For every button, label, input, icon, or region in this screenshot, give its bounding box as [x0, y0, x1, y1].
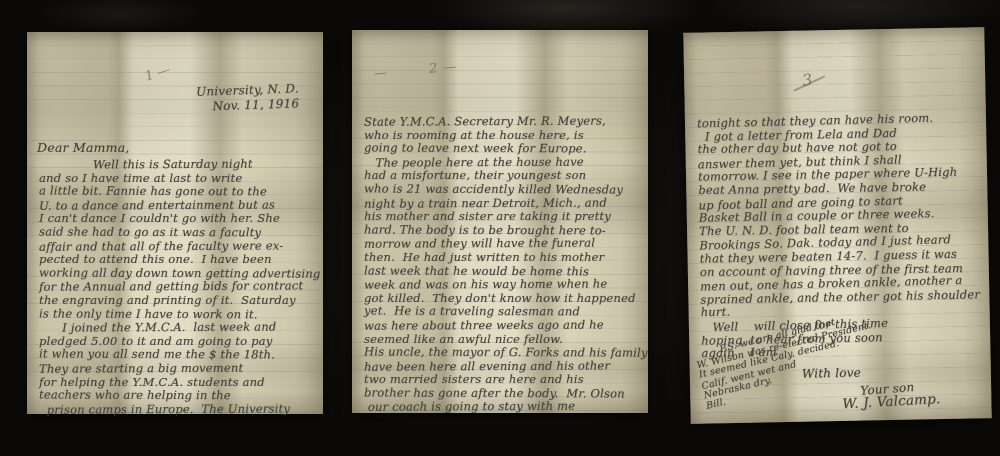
handwritten-line: U. to a dance and entertainment but as	[39, 198, 319, 213]
page-number-1-pencil: 1 —	[143, 62, 172, 84]
handwritten-line: I joined the Y.M.C.A. last week and	[39, 320, 319, 335]
handwritten-line: night by a train near Detroit, Mich., an…	[364, 196, 644, 211]
handwritten-line: then. He had just written to his mother	[364, 251, 644, 265]
letter-heading: University, N. D. Nov. 11, 1916	[27, 81, 300, 120]
page-1-body-text: Well this is Saturday nightand so I have…	[39, 158, 319, 416]
handwritten-line: State Y.M.C.A. Secretary Mr. R. Meyers,	[364, 114, 644, 129]
handwritten-line: was here about three weeks ago and he	[364, 318, 644, 333]
handwritten-line: They are starting a big movement	[39, 361, 319, 376]
letter-photograph: 1 — University, N. D. Nov. 11, 1916 Dear…	[0, 0, 1000, 456]
handwritten-line: morrow and they will have the funeral	[364, 237, 644, 252]
handwritten-line: the engraving and printing of it. Saturd…	[39, 294, 319, 308]
page-2-body-text: State Y.M.C.A. Secretary Mr. R. Meyers,w…	[364, 115, 644, 414]
handwritten-line: The people here at the house have	[364, 155, 644, 170]
letter-page-2: — 2 — State Y.M.C.A. Secretary Mr. R. Me…	[352, 30, 648, 413]
letter-page-3: 3 tonight so that they can have his room…	[683, 27, 991, 424]
handwritten-line: week and was on his way home when he	[364, 277, 644, 292]
handwritten-line: our coach is going to stay with me	[364, 400, 644, 415]
handwritten-line: affair and that all of the faculty were …	[39, 239, 319, 254]
letter-page-1: 1 — University, N. D. Nov. 11, 1916 Dear…	[27, 32, 323, 414]
salutation: Dear Mamma,	[37, 140, 129, 155]
handwritten-line: for the Annual and getting bids for cont…	[39, 280, 319, 295]
handwritten-line: prison camps in Europe. The University	[39, 402, 319, 417]
handwritten-line: Well this is Saturday night	[39, 157, 319, 172]
handwritten-line: have been here all evening and his other	[364, 359, 644, 374]
page-number-2-pencil: — 2 —	[374, 59, 458, 81]
